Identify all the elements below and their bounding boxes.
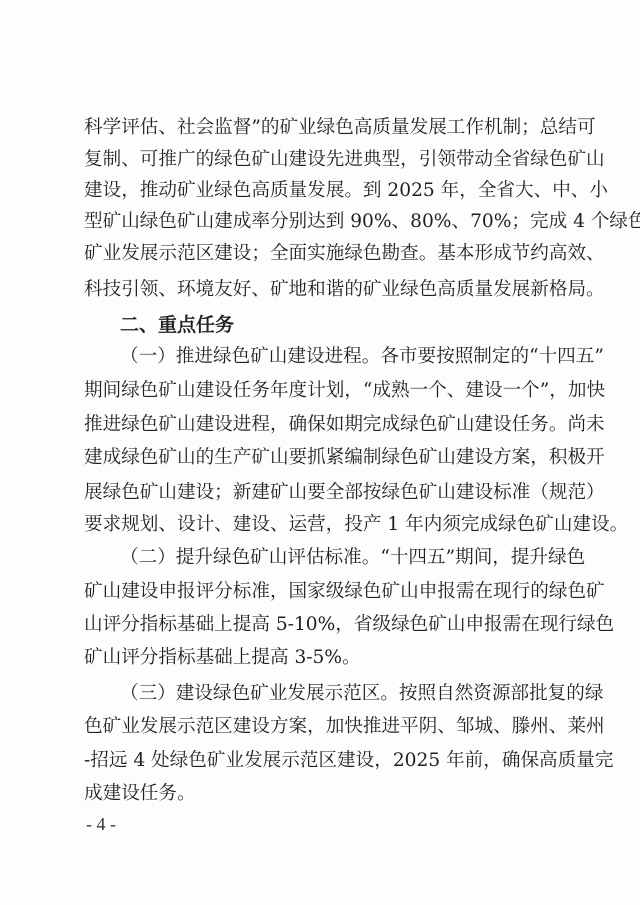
task-3-line-2: 色矿业发展示范区建设方案，加快推进平阴、邹城、滕州、莱州 <box>84 715 562 739</box>
document-page: 科学评估、社会监督”的矿业绿色高质量发展工作机制；总结可 复制、可推广的绿色矿山… <box>0 0 640 905</box>
task-3-line-4: 成建设任务。 <box>84 782 562 806</box>
task-2-first-line: （二）提升绿色矿山评估标准。“十四五”期间，提升绿色 <box>120 546 562 570</box>
task-3-title: （三）建设绿色矿业发展示范区。 <box>120 683 399 704</box>
intro-line-2: 复制、可推广的绿色矿山建设先进典型，引领带动全省绿色矿山 <box>84 148 562 172</box>
task-2-title: （二）提升绿色矿山评估标准。 <box>120 547 380 568</box>
task-1-first-line-text: 各市要按照制定的“十四五” <box>380 346 604 367</box>
task-1-title: （一）推进绿色矿山建设进程。 <box>120 346 380 367</box>
task-3-first-line-text: 按照自然资源部批复的绿 <box>399 683 604 704</box>
task-1-line-4: 建成绿色矿山的生产矿山要抓紧编制绿色矿山建设方案，积极开 <box>84 446 562 470</box>
intro-line-6: 科技引领、环境友好、矿地和谐的矿业绿色高质量发展新格局。 <box>84 278 562 302</box>
task-2-line-4: 矿山评分指标基础上提高 3-5%。 <box>84 646 562 670</box>
task-1-line-2: 期间绿色矿山建设任务年度计划，“成熟一个、建设一个”，加快 <box>84 379 562 403</box>
task-1-line-6: 要求规划、设计、建设、运营，投产 1 年内须完成绿色矿山建设。 <box>84 513 562 537</box>
task-3-line-3: -招远 4 处绿色矿业发展示范区建设，2025 年前，确保高质量完 <box>84 749 562 773</box>
intro-line-3: 建设，推动矿业绿色高质量发展。到 2025 年，全省大、中、小 <box>84 179 562 203</box>
intro-line-1: 科学评估、社会监督”的矿业绿色高质量发展工作机制；总结可 <box>84 116 562 140</box>
task-1-first-line: （一）推进绿色矿山建设进程。各市要按照制定的“十四五” <box>120 345 562 369</box>
task-3-first-line: （三）建设绿色矿业发展示范区。按照自然资源部批复的绿 <box>120 682 562 706</box>
intro-line-4: 型矿山绿色矿山建成率分别达到 90%、80%、70%；完成 4 个绿色 <box>84 210 562 234</box>
section-heading: 二、重点任务 <box>120 313 234 337</box>
task-2-line-3: 山评分指标基础上提高 5-10%，省级绿色矿山申报需在现行绿色 <box>84 613 562 637</box>
task-1-line-3: 推进绿色矿山建设进程，确保如期完成绿色矿山建设任务。尚未 <box>84 413 562 437</box>
task-1-line-5: 展绿色矿山建设；新建矿山要全部按绿色矿山建设标准（规范） <box>84 481 562 505</box>
intro-line-5: 矿业发展示范区建设；全面实施绿色勘查。基本形成节约高效、 <box>84 242 562 266</box>
task-2-first-line-text: “十四五”期间，提升绿色 <box>380 547 585 568</box>
task-2-line-2: 矿山建设申报评分标准，国家级绿色矿山申报需在现行的绿色矿 <box>84 580 562 604</box>
page-number: - 4 - <box>86 812 116 836</box>
